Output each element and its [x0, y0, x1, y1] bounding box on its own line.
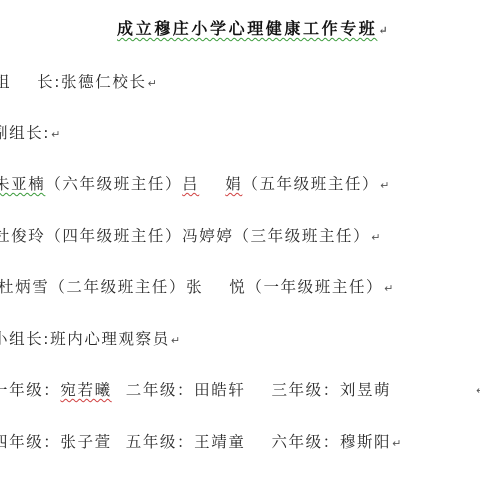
person-role: （二年级班主任）: [49, 278, 186, 296]
person-role: （六年级班主任）: [45, 175, 182, 193]
observer-name: 宛若曦: [60, 381, 111, 399]
deputy-label: 副组长:: [0, 124, 50, 142]
grade-label: 四年级：: [0, 433, 60, 451]
group-leader-value: 班内心理观察员: [50, 330, 170, 348]
paragraph-mark-icon: ↵: [392, 437, 401, 450]
deputy-label-line: 副组长:↵: [0, 123, 60, 145]
grade-label: 五年级：: [126, 433, 194, 451]
person-role: （五年级班主任）: [242, 175, 379, 193]
document-page: 成立穆庄小学心理健康工作专班↵ 组长:张德仁校长↵ 副组长:↵ 朱亚楠（六年级班…: [0, 0, 480, 480]
person-name-part: 娟: [225, 175, 242, 193]
person-role: （一年级班主任）: [246, 278, 383, 296]
observer-name: 穆斯阳: [340, 433, 391, 451]
title-text: 成立穆庄小学心理健康工作专班: [117, 19, 377, 38]
person-name: 朱亚楠: [0, 175, 45, 193]
person-name: 冯婷婷: [182, 227, 233, 245]
leader-label-b: 长:: [37, 73, 61, 91]
grade-label: 二年级：: [126, 381, 194, 399]
deputy-row-3: 杜炳雪（二年级班主任）张悦（一年级班主任）↵: [0, 277, 393, 299]
deputy-row-1: 朱亚楠（六年级班主任）吕娟（五年级班主任）↵: [0, 174, 389, 196]
person-name: 杜炳雪: [0, 278, 49, 296]
observer-name: 田皓轩: [194, 381, 245, 399]
document-title: 成立穆庄小学心理健康工作专班↵: [117, 18, 388, 42]
paragraph-mark-icon: ↵: [148, 77, 157, 90]
person-role: （三年级班主任）: [233, 227, 370, 245]
leader-value: 张德仁校长: [61, 73, 147, 91]
paragraph-mark-icon: ↵: [378, 24, 387, 37]
person-name-part: 张: [186, 278, 203, 296]
person-role: （四年级班主任）: [45, 227, 182, 245]
observer-name: 王靖童: [194, 433, 245, 451]
observer-name: 刘昱萌: [340, 381, 391, 399]
observer-name: 张子萱: [60, 433, 111, 451]
group-leader-label: 小组长:: [0, 330, 50, 348]
observers-row-1: 一年级：宛若曦二年级：田皓轩三年级：刘昱萌: [0, 380, 391, 400]
leader-label-a: 组: [0, 73, 11, 91]
paragraph-mark-icon: ↵: [380, 179, 389, 192]
grade-label: 一年级：: [0, 381, 60, 399]
deputy-row-2: 杜俊玲（四年级班主任）冯婷婷（三年级班主任）↵: [0, 226, 380, 248]
grade-label: 六年级：: [271, 433, 339, 451]
paragraph-mark-icon: ↵: [171, 334, 180, 347]
person-name-part: 吕: [182, 175, 199, 193]
grade-label: 三年级：: [271, 381, 339, 399]
person-name: 杜俊玲: [0, 227, 45, 245]
person-name-part: 悦: [229, 278, 246, 296]
paragraph-mark-icon: ↵: [51, 128, 60, 141]
observers-row-2: 四年级：张子萱五年级：王靖童六年级：穆斯阳↵: [0, 432, 401, 454]
paragraph-mark-icon: ↵: [371, 231, 380, 244]
group-leader-line: 小组长:班内心理观察员↵: [0, 329, 180, 351]
paragraph-mark-icon: ↵: [476, 384, 480, 397]
paragraph-mark-icon: ↵: [384, 282, 393, 295]
leader-line: 组长:张德仁校长↵: [0, 72, 157, 94]
